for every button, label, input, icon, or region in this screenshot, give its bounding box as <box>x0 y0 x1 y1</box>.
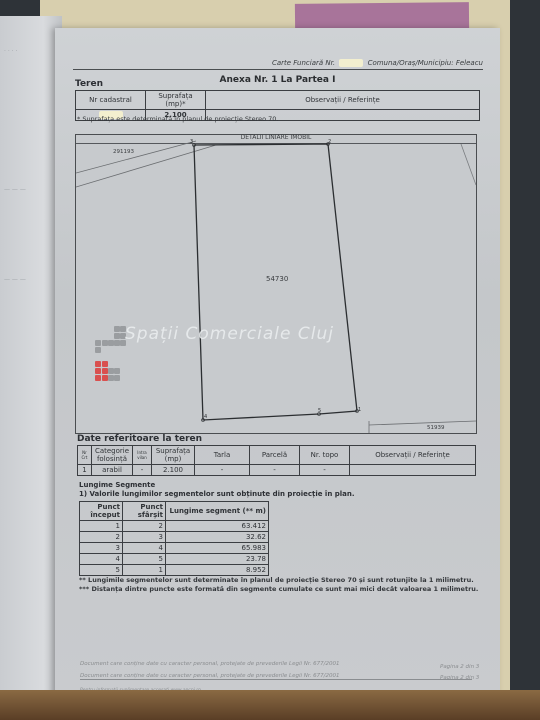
col-lungime: Lungime segment (** m) <box>166 502 269 521</box>
cell: 63.412 <box>166 521 269 532</box>
table-row: 1263.412 <box>80 521 269 532</box>
cell: 2 <box>123 521 166 532</box>
date-teren-title: Date referitoare la teren <box>77 434 202 444</box>
col-tarla: Tarla <box>195 446 250 465</box>
segment-footnote-2: *** Distanța dintre puncte este formată … <box>79 585 478 593</box>
cell: 1 <box>80 521 123 532</box>
segmente-subtitle: 1) Valorile lungimilor segmentelor sunt … <box>79 490 355 498</box>
watermark-logo-icon <box>95 326 127 392</box>
footer-line-1: Document care conține date cu caracter p… <box>80 661 340 667</box>
cell: 5 <box>80 565 123 576</box>
table-row: 3465.983 <box>80 543 269 554</box>
segment-footnote-1: ** Lungimile segmentelor sunt determinat… <box>79 576 474 584</box>
table-row: 4523.78 <box>80 554 269 565</box>
comuna-label: Comuna/Oraș/Municipiu: <box>368 59 454 67</box>
col-suprafata: Suprafața (mp)* <box>146 91 206 110</box>
col-nr-topo: Nr. topo <box>300 446 350 465</box>
col-observatii: Observații / Referințe <box>206 91 480 110</box>
cell: 3 <box>123 532 166 543</box>
table-row: 1 arabil - 2.100 - - - <box>78 465 476 476</box>
cell: - <box>195 465 250 476</box>
col-punct-sfarsit: Punct sfârșit <box>123 502 166 521</box>
parcel-plan: DETALII LINIARE IMOBIL 54730 291193 5193… <box>75 134 477 434</box>
wooden-desk <box>0 690 540 720</box>
segmente-title: Lungime Segmente <box>79 481 155 489</box>
parcel-drawing: 54730 291193 51939 3 2 1 5 4 <box>76 135 476 433</box>
watermark-text: Spații Comerciale Cluj <box>125 324 334 344</box>
carte-funciara-label: Carte Funciară Nr. <box>272 59 335 67</box>
comuna-value: Feleacu <box>456 59 483 67</box>
neighbor-label-291193: 291193 <box>113 149 134 155</box>
cell: 2 <box>80 532 123 543</box>
cell: 5 <box>123 554 166 565</box>
table-row: 2332.62 <box>80 532 269 543</box>
col-nr-cadastral: Nr cadastral <box>76 91 146 110</box>
cell: 23.78 <box>166 554 269 565</box>
teren-footnote: * Suprafața este determinată în planul d… <box>77 115 279 123</box>
table-row: 518.952 <box>80 565 269 576</box>
redacted-number <box>339 59 363 67</box>
col-intravilan: Intra vilan <box>133 446 152 465</box>
cell <box>350 465 476 476</box>
cell: 2.100 <box>152 465 195 476</box>
cell: 32.62 <box>166 532 269 543</box>
cell: 1 <box>123 565 166 576</box>
cell: 65.983 <box>166 543 269 554</box>
cell: - <box>300 465 350 476</box>
footer-page-2: Pagina 2 din 3 <box>440 675 479 681</box>
previous-page: . . . . — — — — — — <box>0 16 62 706</box>
cell: 4 <box>80 554 123 565</box>
cell: 4 <box>123 543 166 554</box>
svg-text:5: 5 <box>318 408 321 414</box>
col-observatii: Observații / Referințe <box>350 446 476 465</box>
cell: 3 <box>80 543 123 554</box>
neighbor-label-51939: 51939 <box>427 425 445 431</box>
col-parcela: Parcelă <box>250 446 300 465</box>
parcel-label: 54730 <box>266 275 288 283</box>
footer-page-1: Pagina 2 din 3 <box>440 664 479 670</box>
col-nr-crt: Nr Crt <box>78 446 92 465</box>
date-teren-table: Nr Crt Categorie folosință Intra vilan S… <box>77 445 476 476</box>
col-suprafata: Suprafața (mp) <box>152 446 195 465</box>
cell: arabil <box>92 465 133 476</box>
cell: - <box>250 465 300 476</box>
col-punct-inceput: Punct început <box>80 502 123 521</box>
footer-line-2: Document care conține date cu caracter p… <box>80 673 472 680</box>
cell: 8.952 <box>166 565 269 576</box>
document-header: Carte Funciară Nr. Comuna/Oraș/Municipiu… <box>73 59 483 70</box>
col-categorie: Categorie folosință <box>92 446 133 465</box>
folder-tab <box>295 2 469 30</box>
annex-title: Anexa Nr. 1 La Partea I <box>55 75 500 85</box>
teren-title: Teren <box>75 79 103 89</box>
cell: - <box>133 465 152 476</box>
cell: 1 <box>78 465 92 476</box>
segment-table: Punct început Punct sfârșit Lungime segm… <box>79 501 269 576</box>
